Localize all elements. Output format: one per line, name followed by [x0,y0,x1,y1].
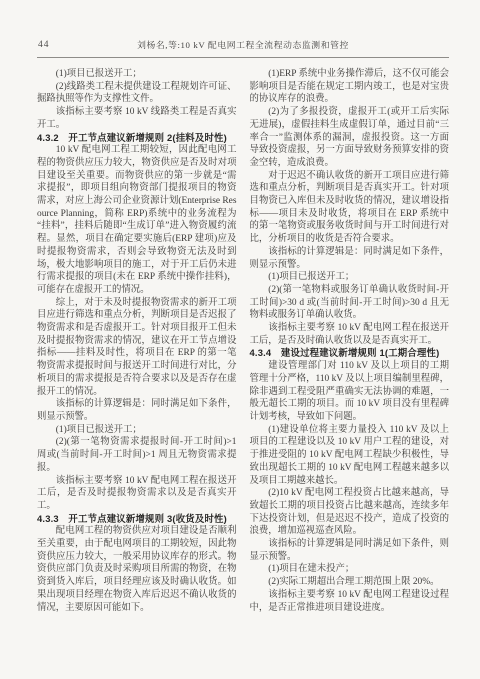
header-divider [37,57,449,58]
paragraph: (1)建设单位将主要力量投入 110 kV 及以上项目的工程建设以及 10 kV… [250,424,450,488]
paragraph: 该指标的计算逻辑是：同时满足如下条件，则显示预警。 [250,246,450,271]
paragraph: (2)(第一笔物资需求提报时间-开工时间)>1 周或(当前时间-开工时间)>1 … [37,436,237,474]
paragraph: 该指标主要考察 10 kV 配电网工程在报送开工后，是否及时确认收货以及是否真实… [250,322,450,347]
paragraph: (2)实际工期超出合理工期范围上限 20%。 [250,576,450,589]
section-heading: 4.3.3 开工节点建议新增规则 3(收货及时性) [37,513,237,526]
column-left: (1)项目已报送开工；(2)线路类工程未提供建设工程规划许可证、掘路执照等作为支… [37,68,237,614]
section-heading: 4.3.2 开工节点建议新增规则 2(挂料及时性) [37,132,237,145]
paragraph: (1)项目已报送开工； [250,271,450,284]
paragraph: (1)项目已报送开工； [37,424,237,437]
paragraph: 该指标的计算逻辑是：同时满足如下条件，则显示预警。 [37,398,237,423]
paragraph: 该指标的计算逻辑是同时满足如下条件，则显示预警。 [250,538,450,563]
paragraph: 10 kV 配电网工程工期较短，因此配电网工程的物资供应压力较大，物资供应是否及… [37,144,237,296]
paragraph: 该指标主要考察 10 kV 线路类工程是否真实开工。 [37,106,237,131]
two-column-body: (1)项目已报送开工；(2)线路类工程未提供建设工程规划许可证、掘路执照等作为支… [37,68,449,614]
paragraph: 综上，对于未及时提报物资需求的新开工项目应进行筛选和重点分析，判断项目是否迟报了… [37,297,237,399]
paragraph: (1)ERP 系统中业务操作滞后，这不仅可能会影响项目是否能在规定工期内竣工，也… [250,68,450,106]
paragraph: 建设管理部门对 110 kV 及以上项目的工期管理十分严格，110 kV 及以上… [250,360,450,424]
page-header: 44 刘杨名,等:10 kV 配电网工程全流程动态监测和管控 [37,40,449,52]
paragraph: (1)项目在建未投产； [250,563,450,576]
paragraph: (2)(第一笔物料或服务订单确认收货时间-开工时间)>30 d 或(当前时间-开… [250,284,450,322]
paragraph: (2)10 kV 配电网工程投资占比越来越高，导致超长工期的项目投资占比越来越高… [250,487,450,538]
paragraph: (2)线路类工程未提供建设工程规划许可证、掘路执照等作为支撑性文件。 [37,81,237,106]
running-title: 刘杨名,等:10 kV 配电网工程全流程动态监测和管控 [37,40,449,51]
paragraph: 该指标主要考察 10 kV 配电网工程在报送开工后，是否及时提报物资需求以及是否… [37,475,237,513]
page-number: 44 [38,40,50,51]
paragraph: 配电网工程的物资供应对项目建设是否顺利至关重要，由于配电网项目的工期较短，因此物… [37,525,237,614]
journal-page: 44 刘杨名,等:10 kV 配电网工程全流程动态监测和管控 (1)项目已报送开… [0,0,480,679]
section-heading: 4.3.4 建设过程建议新增规则 1(工期合理性) [250,347,450,360]
column-right: (1)ERP 系统中业务操作滞后，这不仅可能会影响项目是否能在规定工期内竣工，也… [250,68,450,614]
paragraph: 对于迟迟不确认收货的新开工项目应进行筛选和重点分析，判断项目是否真实开工。针对项… [250,170,450,246]
paragraph: (2)为了多报投资，虚报开工(或开工后实际无进展)，虚假挂料生成虚假订单，通过目… [250,106,450,170]
paragraph: (1)项目已报送开工； [37,68,237,81]
paragraph: 该指标主要考察 10 kV 配电网工程建设过程中，是否正常推进项目建设进度。 [250,589,450,614]
